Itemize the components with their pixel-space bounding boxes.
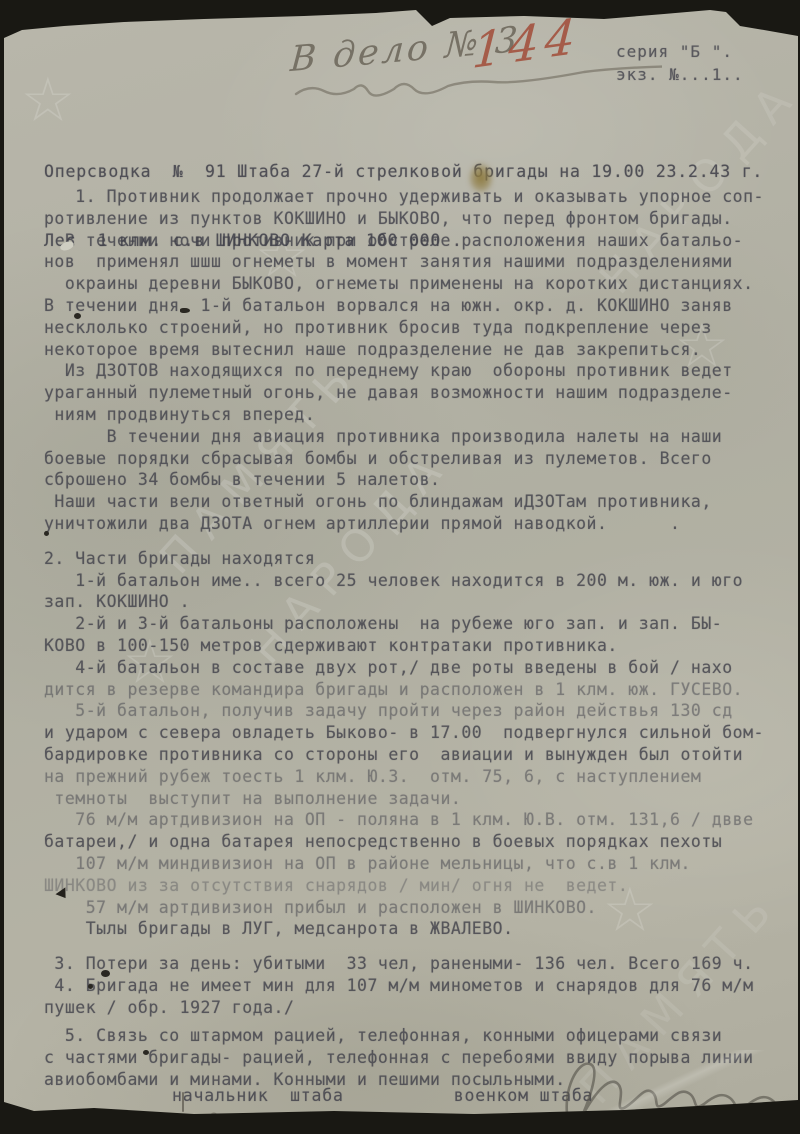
document-line: 2. Части бригады находятся	[44, 548, 764, 570]
document-line: 4-й батальон в составе двух рот,/ две ро…	[44, 657, 764, 679]
document-line: зап. КОКШИНО .	[44, 591, 764, 613]
document-line: КОВО в 100-150 метров сдерживают контрат…	[44, 635, 764, 657]
document-line: батареи,/ и одна батарея непосредственно…	[44, 831, 764, 853]
scanned-document-viewport: { "colors":{ "paper":"#b3b1a4", "ink":"#…	[0, 0, 800, 1134]
document-line: ниям продвинуться вперед.	[44, 404, 764, 426]
document-line: 5-й батальон, получив задачу пройти чере…	[44, 700, 764, 722]
document-line: ураганный пулеметный огонь, не давая воз…	[44, 382, 764, 404]
pencil-underline-squiggle	[292, 62, 662, 102]
document-line: 107 м/м миндивизион на ОП в районе мельн…	[44, 853, 764, 875]
paper-speck	[88, 984, 93, 989]
document-line: ротивление из пунктов КОКШИНО и БЫКОВО, …	[44, 208, 764, 230]
document-page: ☆ ☆ ☆ ☆ ☆ ПАМЯТЬ НАРОДА НАРОДА ПАМЯТЬ В …	[4, 10, 798, 1122]
paper-crease	[564, 1050, 800, 1110]
document-line: 57 м/м артдивизион прибыл и расположен в…	[44, 897, 764, 919]
document-line: уничтожили два ДЗОТА огнем артиллерии пр…	[44, 513, 764, 535]
pencil-stroke-mark	[182, 1092, 184, 1112]
document-line: бардировке противника со стороны его ави…	[44, 744, 764, 766]
paper-speck	[44, 531, 49, 536]
document-line: 76 м/м артдивизион на ОП - поляна в 1 кл…	[44, 809, 764, 831]
copy-number-line: экз. №...1..	[616, 63, 744, 86]
document-line: 1-й батальон име.. всего 25 человек нахо…	[44, 570, 764, 592]
document-line: В течении дня авиация противника произво…	[44, 426, 764, 448]
document-body: 1. Противник продолжает прочно удерживат…	[44, 186, 764, 1091]
document-line: Наши части вели ответный огонь по блинда…	[44, 491, 764, 513]
document-line: некоторое время вытеснил наше подразделе…	[44, 339, 764, 361]
document-line: сброшено 34 бомбы в течении 5 налетов.	[44, 469, 764, 491]
document-line: темноты выступит на выполнение задачи.	[44, 788, 764, 810]
document-line: пушек / обр. 1927 года./	[44, 997, 764, 1019]
document-line: В течении дня 1-й батальон ворвался на ю…	[44, 295, 764, 317]
paper-speck	[143, 1050, 149, 1055]
paper-speck	[74, 313, 81, 319]
title-line-1: Оперсводка № 91 Штаба 27-й стрелковой бр…	[44, 160, 763, 183]
series-line: серия "Б ".	[616, 40, 744, 63]
document-line: и ударом с севера овладеть Быково- в 17.…	[44, 722, 764, 744]
document-line: 3. Потери за день: убитыми 33 чел, ранен…	[44, 953, 764, 975]
series-copy-block: серия "Б ". экз. №...1..	[616, 40, 744, 86]
document-line: несклолько строений, но противник бросив…	[44, 317, 764, 339]
document-line: 2-й и 3-й батальоны расположены на рубеж…	[44, 613, 764, 635]
document-line: 5. Связь со штармом рацией, телефонная, …	[44, 1025, 764, 1047]
document-line: 1. Противник продолжает прочно удерживат…	[44, 186, 764, 208]
document-line: нов применял шшш огнеметы в момент занят…	[44, 251, 764, 273]
paper-speck	[101, 970, 110, 977]
document-line: на прежний рубеж тоесть 1 клм. Ю.З. отм.…	[44, 766, 764, 788]
document-line: Тылы бригады в ЛУГ, медсанрота в ЖВАЛЕВО…	[44, 918, 764, 940]
document-line: Из ДЗОТОВ находящихся по переднему краю …	[44, 360, 764, 382]
paper-speck	[180, 308, 190, 313]
document-line: дится в резерве командира бригады и расп…	[44, 679, 764, 701]
paper-stain	[468, 162, 494, 194]
document-line: боевые порядки сбрасывая бомбы и обстрел…	[44, 448, 764, 470]
chief-signature	[176, 1098, 406, 1134]
document-line: окраины деревни БЫКОВО, огнеметы примене…	[44, 273, 764, 295]
document-line: В течении ночи противник при обстреле ра…	[44, 230, 764, 252]
document-line: 4. Бригада не имеет мин для 107 м/м мино…	[44, 975, 764, 997]
document-line: ШИНКОВО из за отсутствия снарядов / мин/…	[44, 875, 764, 897]
